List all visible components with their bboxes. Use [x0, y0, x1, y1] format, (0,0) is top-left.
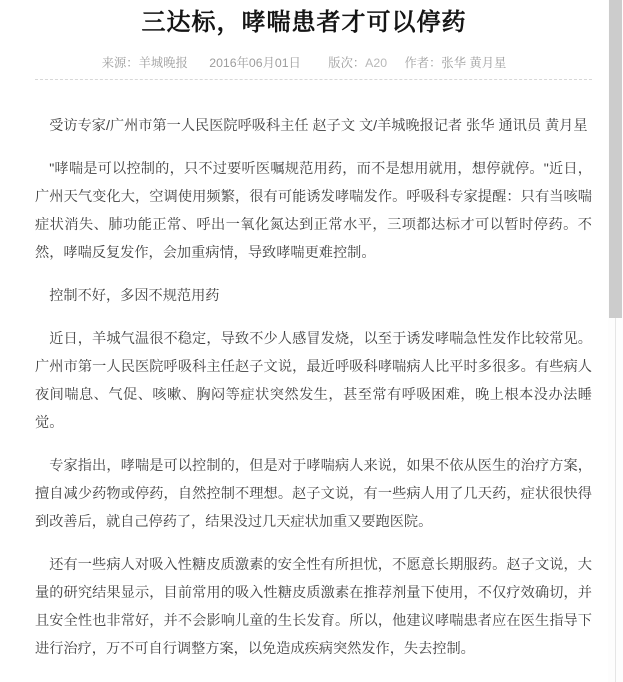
article-body: 受访专家/广州市第一人民医院呼吸科主任 赵子文 文/羊城晚报记者 张华 通讯员 … — [0, 80, 608, 663]
source-value: 羊城晚报 — [139, 56, 188, 70]
paragraph-recent-cases: 近日，羊城气温很不稳定，导致不少人感冒发烧，以至于诱发哮喘急性发作比较常见。广州… — [35, 325, 592, 437]
article-page: 三达标，哮喘患者才可以停药 来源：羊城晚报 2016年06月01日 版次：A20… — [0, 0, 623, 682]
author-names: 张华 黄月星 — [441, 56, 506, 70]
edition-label: 版次： — [328, 56, 365, 70]
article-meta: 来源：羊城晚报 2016年06月01日 版次：A20 作者：张华 黄月星 — [0, 54, 608, 72]
publish-date: 2016年06月01日 — [209, 56, 301, 70]
paragraph-experts: 受访专家/广州市第一人民医院呼吸科主任 赵子文 文/羊城晚报记者 张华 通讯员 … — [35, 112, 592, 140]
paragraph-intro: "哮喘是可以控制的，只不过要听医嘱规范用药，而不是想用就用，想停就停。"近日，广… — [35, 155, 592, 267]
vertical-scrollbar[interactable] — [608, 0, 623, 682]
edition-value: A20 — [365, 56, 387, 70]
paragraph-expert-advice: 专家指出，哮喘是可以控制的，但是对于哮喘病人来说，如果不依从医生的治疗方案，擅自… — [35, 452, 592, 536]
article-content: 三达标，哮喘患者才可以停药 来源：羊城晚报 2016年06月01日 版次：A20… — [0, 0, 608, 682]
author-label: 作者： — [404, 56, 441, 70]
paragraph-steroid-safety: 还有一些病人对吸入性糖皮质激素的安全性有所担忧，不愿意长期服药。赵子文说，大量的… — [35, 551, 592, 663]
article-title: 三达标，哮喘患者才可以停药 — [0, 6, 608, 40]
source-label: 来源： — [102, 56, 139, 70]
scrollbar-thumb[interactable] — [609, 0, 622, 318]
scrollbar-track-line — [615, 318, 616, 682]
subheading-poor-control: 控制不好，多因不规范用药 — [35, 282, 592, 310]
